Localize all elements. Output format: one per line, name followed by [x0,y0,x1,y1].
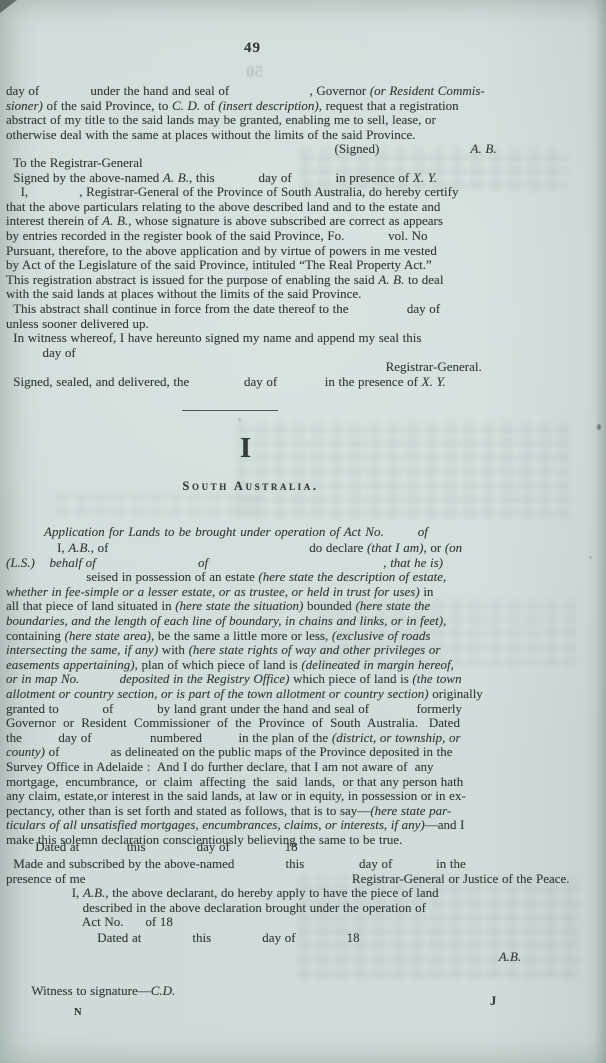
bleed-through-smudge [56,492,260,518]
text-line: Witness to signature—C.D. [6,984,525,999]
application-title: Application for Lands to be brought unde… [44,524,428,540]
printer-mark-right: J [490,994,496,1009]
ink-speck [238,418,241,421]
dated-line-2: Dated at this day of 18 [6,931,525,946]
page-number: 49 [6,40,521,57]
section-numeral: I [6,433,521,463]
text-line: county) of as delineated on the public m… [6,745,525,760]
text-line: In witness whereof, I have hereunto sign… [6,331,525,346]
dated-line: Dated at this day of 18 [6,840,525,855]
text-line: abstract of my title to the said lands m… [6,113,525,128]
signature-line: A.B. [6,950,525,965]
text-line: the day of numbered in the plan of the (… [6,731,525,746]
ink-speck [589,556,592,559]
document-page: 50 49 day of under the hand and seal of … [0,0,606,1063]
text-line: allotment or country section, or is part… [6,687,525,702]
subscribed-paragraph: Made and subscribed by the above-named t… [6,857,525,886]
text-line: Made and subscribed by the above-named t… [6,857,525,872]
text-line: described in the above declaration broug… [6,901,525,916]
text-line: Dated at this day of 18 [6,840,525,855]
section-divider [182,410,278,411]
text-line: seised in possession of an estate (here … [6,570,525,585]
page-corner-mark [0,0,17,13]
text-line: with the said lands at places without th… [6,287,525,302]
text-line: mortgage, encumbrance, or claim affectin… [6,775,525,790]
text-line: ticulars of all unsatisfied mortgages, e… [6,818,525,833]
text-line: interest therein of A. B., whose signatu… [6,214,525,229]
text-line: This abstract shall continue in force fr… [6,302,525,317]
printer-mark-left: N [74,1007,82,1018]
page-edge-shadow [594,0,606,1063]
text-line: by entries recorded in the register book… [6,229,525,244]
text-line: containing (here state area), be the sam… [6,629,525,644]
text-line: Signed by the above-named A. B., this da… [6,171,525,186]
text-line: unless sooner delivered up. [6,317,525,332]
text-line: I, A.B., the above declarant, do hereby … [6,886,525,901]
text-line: any claim, estate,or interest in the sai… [6,789,525,804]
text-line: pectancy, other than is set forth and st… [6,804,525,819]
text-line: granted to of by land grant under the ha… [6,702,525,717]
text-line: boundaries, and the length of each line … [6,614,525,629]
text-line: Pursuant, therefore, to the above applic… [6,244,525,259]
apply-paragraph: I, A.B., the above declarant, do hereby … [6,886,525,930]
text-line: all that piece of land situated in (here… [6,599,525,614]
text-line: Survey Office in Adelaide : And I do fur… [6,760,525,775]
text-line: day of [6,346,525,361]
ink-speck [597,424,601,430]
text-line: (L.S.) behalf of of , that he is) [6,556,525,571]
text-line: intersecting the same, if any) with (her… [6,643,525,658]
colony-heading: South Australia. [6,479,521,494]
text-line: otherwise deal with the same at places w… [6,128,525,143]
text-line: easements appertaining), plan of which p… [6,658,525,673]
text-line: I, A.B., of do declare (that I am), or (… [6,541,525,556]
text-line: I, , Registrar-General of the Province o… [6,185,525,200]
text-line: whether in fee-simple or a lesser estate… [6,585,525,600]
text-line: sioner) of the said Province, to C. D. o… [6,99,525,114]
witness-line: Witness to signature—C.D. [6,984,525,999]
text-line: Governor or Resident Commissioner of the… [6,716,525,731]
text-line: or in map No. deposited in the Registry … [6,672,525,687]
ghost-page-number: 50 [246,62,263,82]
text-line: by Act of the Legislature of the said Pr… [6,258,525,273]
text-line: To the Registrar-General [6,156,525,171]
text-line: Signed, sealed, and delivered, the day o… [6,375,525,390]
text-line: presence of me Registrar-General or Just… [6,872,525,887]
text-line: day of under the hand and seal of , Gove… [6,84,525,99]
registrar-certificate-paragraph: To the Registrar-General Signed by the a… [6,156,525,390]
text-line: Dated at this day of 18 [6,931,525,946]
text-line: A.B. [6,950,525,965]
abstract-request-paragraph: day of under the hand and seal of , Gove… [6,84,525,157]
text-line: Registrar-General. [6,360,525,375]
text-line: that the above particulars relating to t… [6,200,525,215]
text-line: Act No. of 18 [6,915,525,930]
text-line: This registration abstract is issued for… [6,273,525,288]
declaration-paragraph: I, A.B., of do declare (that I am), or (… [6,541,525,847]
